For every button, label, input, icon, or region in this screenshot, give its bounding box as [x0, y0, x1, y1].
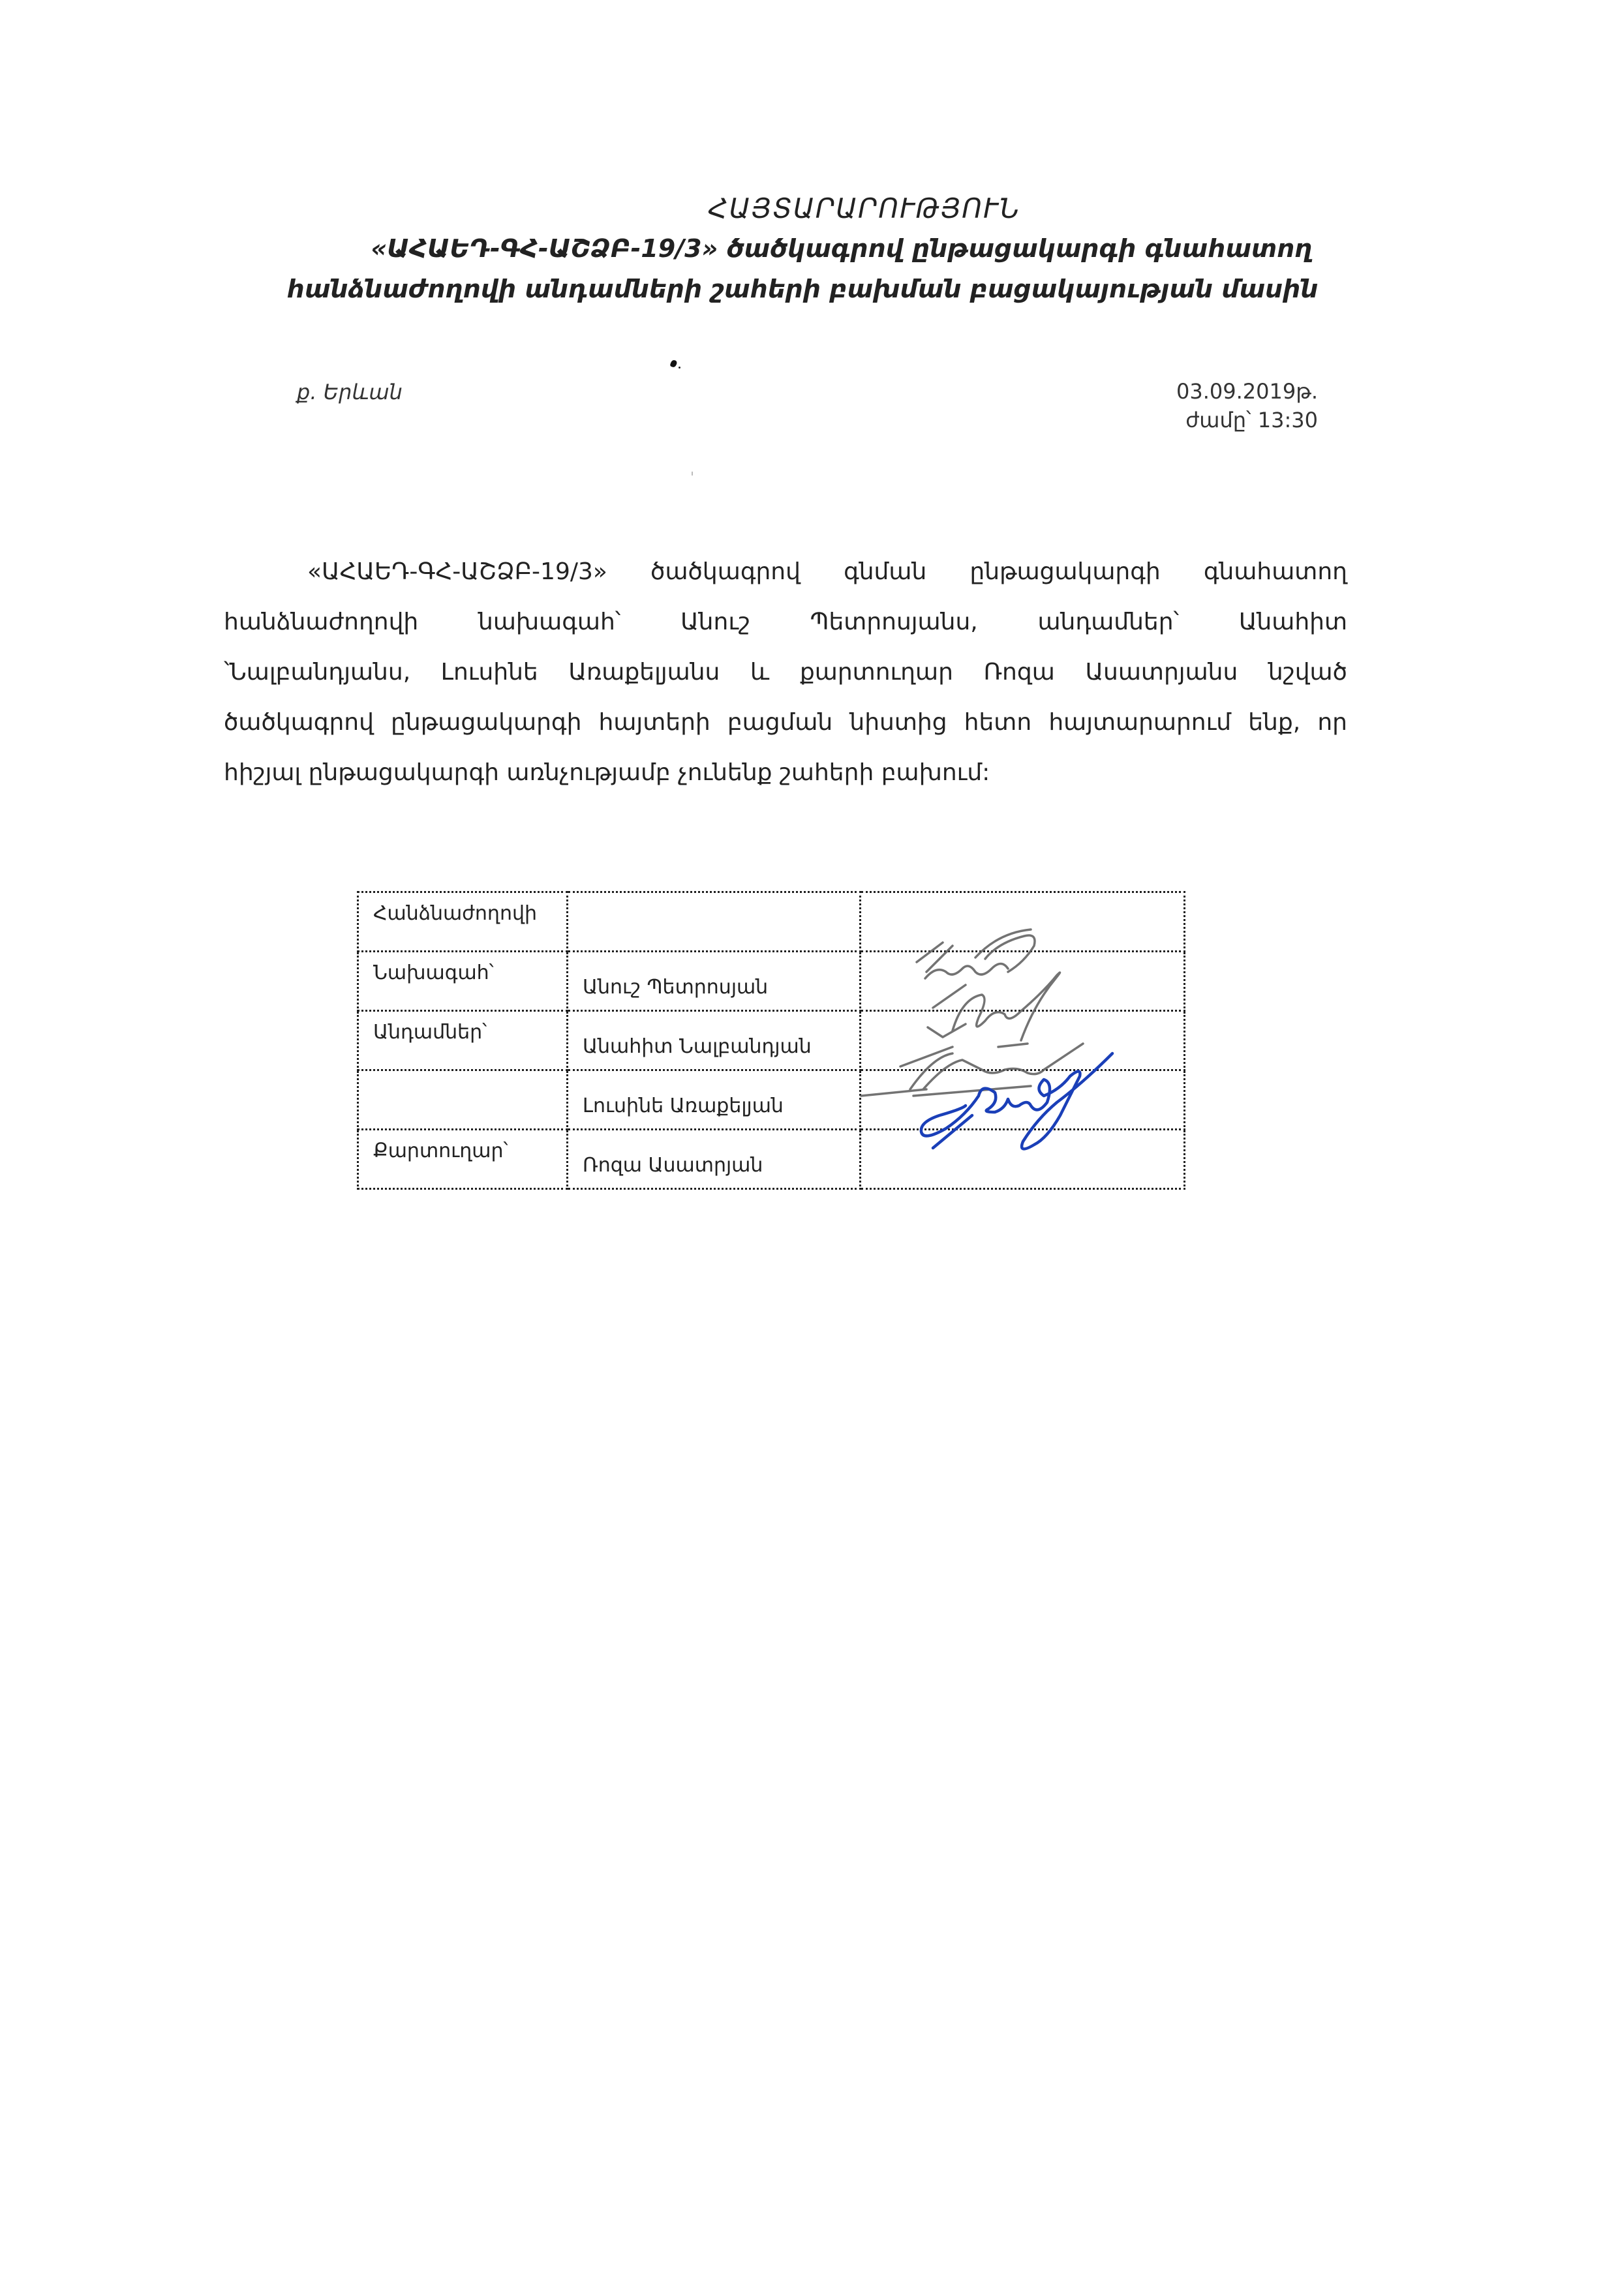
scanned-document-page: ՀԱՅՏԱՐԱՐՈՒԹՅՈՒՆ «ԱՀԱԵԴ-ԳՀ-ԱՇՁԲ-19/3» ծած… — [0, 0, 1618, 2296]
name-cell: Ռոզա Ասատրյան — [568, 1130, 861, 1189]
scan-artifact-dot — [679, 367, 680, 369]
table-row: Լուսինե Առաքելյան — [358, 1070, 1185, 1130]
document-heading: ՀԱՅՏԱՐԱՐՈՒԹՅՈՒՆ «ԱՀԱԵԴ-ԳՀ-ԱՇՁԲ-19/3» ծած… — [261, 189, 1370, 309]
paragraph-line: «ԱՀԱԵԴ-ԳՀ-ԱՇՁԲ-19/3» ծածկագրով գնման ընթ… — [224, 547, 1347, 597]
paragraph-line: ծածկագրով ընթացակարգի հայտերի բացման նիս… — [224, 697, 1347, 748]
signature-cell — [861, 952, 1185, 1011]
document-title: ՀԱՅՏԱՐԱՐՈՒԹՅՈՒՆ — [359, 189, 1370, 228]
name-cell: Լուսինե Առաքելյան — [568, 1070, 861, 1130]
paragraph-line: հիշյալ ընթացակարգի առնչությամբ չունենք շ… — [224, 748, 1347, 798]
signature-cell — [861, 1011, 1185, 1070]
document-date: 03.09.2019թ. — [1174, 377, 1318, 406]
signature-cell — [861, 1070, 1185, 1130]
table-row: Նախագահ՝ Անուշ Պետրոսյան — [358, 952, 1185, 1011]
role-cell: Քարտուղար՝ — [358, 1130, 568, 1189]
name-cell — [568, 892, 861, 952]
scan-artifact-mark — [669, 359, 677, 368]
table-row: Քարտուղար՝ Ռոզա Ասատրյան — [358, 1130, 1185, 1189]
signature-cell — [861, 1130, 1185, 1189]
role-cell — [358, 1070, 568, 1130]
role-cell: Նախագահ՝ — [358, 952, 568, 1011]
scan-artifact-speck — [692, 472, 693, 476]
document-subtitle-line-2: հանձնաժողովի անդամների շահերի բախման բաց… — [235, 269, 1370, 309]
name-cell: Անահիտ Նալբանդյան — [568, 1011, 861, 1070]
paragraph-line: ՝Նալբանդյանս, Լուսինե Առաքելյանս և քարտո… — [224, 647, 1347, 697]
table-row: Անդամներ՝ Անահիտ Նալբանդյան — [358, 1011, 1185, 1070]
signature-cell — [861, 892, 1185, 952]
document-subtitle-line-1: «ԱՀԱԵԴ-ԳՀ-ԱՇՁԲ-19/3» ծածկագրով ընթացակար… — [313, 228, 1370, 269]
role-cell: Հանձնաժողովի — [358, 892, 568, 952]
city-label: ք. Երևան — [297, 380, 403, 404]
paragraph-line: հանձնաժողովի նախագահ՝ Անուշ Պետրոսյանս, … — [224, 597, 1347, 647]
declaration-paragraph: «ԱՀԱԵԴ-ԳՀ-ԱՇՁԲ-19/3» ծածկագրով գնման ընթ… — [224, 547, 1347, 798]
document-time: ժամը՝ 13:30 — [1174, 406, 1318, 434]
signature-table: Հանձնաժողովի Նախագահ՝ Անուշ Պետրոսյան Ան… — [357, 891, 1185, 1190]
table-row: Հանձնաժողովի — [358, 892, 1185, 952]
name-cell: Անուշ Պետրոսյան — [568, 952, 861, 1011]
date-time-block: 03.09.2019թ. ժամը՝ 13:30 — [1174, 377, 1318, 434]
role-cell: Անդամներ՝ — [358, 1011, 568, 1070]
